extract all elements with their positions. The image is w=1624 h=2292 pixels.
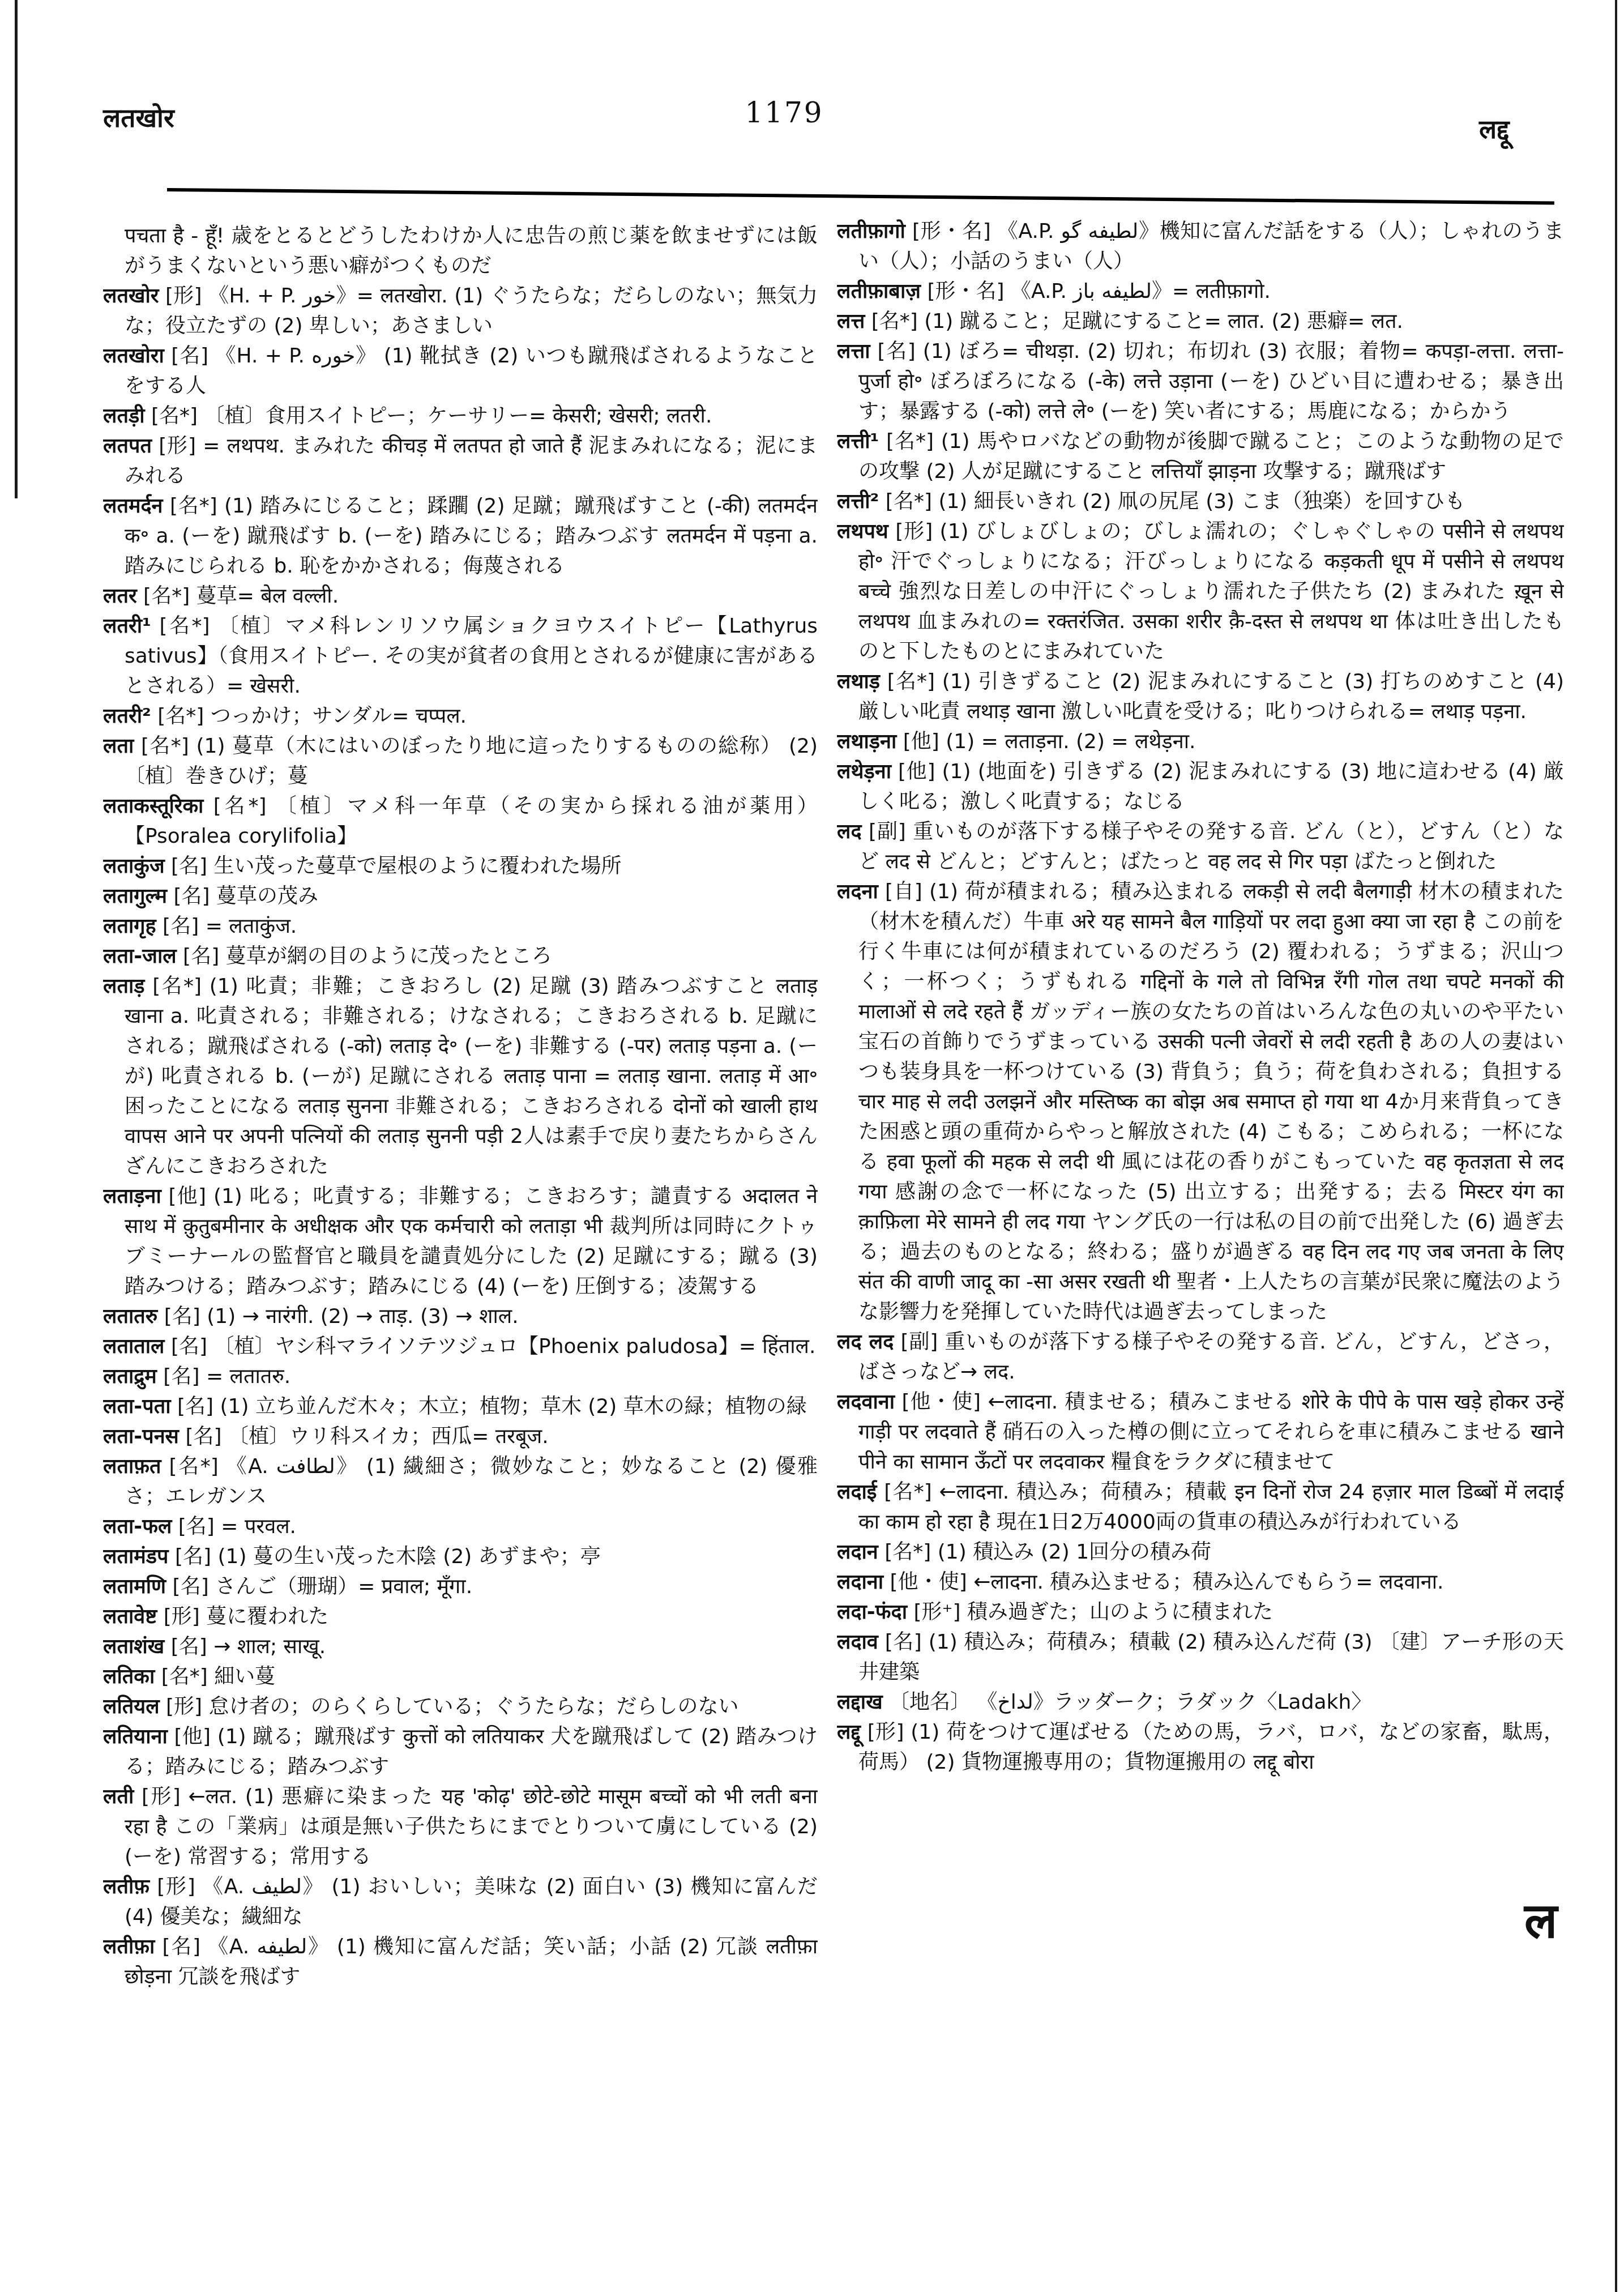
part-of-speech-tag: [名*] [137,584,190,608]
entry-body: 《H. + P. خور》= लतखोरा. (1) ぐうたらな；だらしのない；… [125,284,818,338]
headword: लदाव [837,1631,878,1654]
entry-body: 細い蔓 [208,1665,275,1688]
entry-body: (1) 蹴る；蹴飛ばす कुत्तों को लतियाकर 犬を蹴飛ばして (… [125,1725,818,1778]
dictionary-entry: लदना [自] (1) 荷が積まれる；積み込まれる लकड़ी से लदी … [837,877,1564,1327]
dictionary-entry: लद्दू [形] (1) 荷をつけて運ばせる（ための馬，ラバ，ロバ，などの家畜… [837,1717,1564,1777]
dictionary-entry: लत्ती¹ [名*] (1) 馬やロバなどの動物が後脚で蹴ること；このような動… [837,426,1564,486]
headword: लत्त [837,310,865,333]
entry-body: 蔓に覆われた [200,1605,328,1628]
part-of-speech-tag: [形] [134,1785,181,1808]
headword: लता-जाल [103,945,177,968]
entry-body: (1) 蔓草（木にはいのぼったり地に這ったりするものの総称） (2) 〔植〕巻き… [125,735,818,788]
part-of-speech-tag: [形] [160,1695,203,1718]
headword: लताफ़त [103,1455,161,1478]
headword: लथाड़ना [837,730,896,753]
dictionary-entry: लताशंख [名] → शाल; साखू. [103,1632,818,1662]
entry-body: (1) 細長いきれ (2) 凧の尻尾 (3) こま（独楽）を回すひも [932,490,1465,513]
entry-body: 《H. + P. خوره》 (1) 靴拭き (2) いつも蹴飛ばされるようなこ… [125,344,818,398]
dictionary-entry: लद [副] 重いものが落下する様子やその発する音. どん（と），どすん（と）な… [837,817,1564,877]
entry-body: पचता है - हूँ! 歳をとるとどうしたわけか人に忠告の煎じ薬を飲ませず… [125,224,818,278]
part-of-speech-tag: [名*] [879,490,932,513]
part-of-speech-tag: [形] [861,1721,904,1744]
part-of-speech-tag: [名] [171,1395,214,1418]
entry-body: (1) 引きずること (2) 泥まみれにすること (3) 打ちのめすこと (4)… [858,670,1564,723]
dictionary-entry: लद लद [副] 重いものが落下する様子やその発する音. どん，どすん，どさっ… [837,1327,1564,1387]
headword: लतावेष्ट [103,1605,157,1628]
dictionary-entry: लता-पनस [名] 〔植〕ウリ科スイカ；西瓜= तरबूज. [103,1422,818,1452]
dictionary-entry: लथाड़ना [他] (1) = लताड़ना. (2) = लथेड़ना… [837,727,1564,757]
dictionary-entry: लतामणि [名] さんご（珊瑚）= प्रवाल; मूँगा. [103,1572,818,1602]
headword: लत्ती¹ [837,430,879,453]
part-of-speech-tag: [名] [155,1935,200,1958]
part-of-speech-tag: [形] [157,1605,200,1628]
dictionary-entry: लतीफ़ [形] 《A. لطيف》 (1) おいしい；美味な (2) 面白い… [103,1872,818,1932]
headword: लताकुंज [103,855,165,878]
headword: लताशंख [103,1635,164,1658]
entry-body: (1) 蔓の生い茂った木陰 (2) あずまや；亭 [211,1545,601,1568]
dictionary-entry: लदा-फंदा [形⁺] 積み過ぎた；山のように積まれた [837,1597,1564,1627]
entry-body: (1) 立ち並んだ木々；木立；植物；草木 (2) 草木の緑；植物の緑 [213,1395,807,1418]
part-of-speech-tag: [名*] [880,670,935,693]
headword: लतागृह [103,915,156,938]
part-of-speech-tag: [他・使] [883,1570,967,1594]
entry-body: (1) ぼろ= चीथड़ा. (2) 切れ；布切れ (3) 衣服；着物= कप… [858,340,1564,423]
entry-body: = परवल. [215,1515,296,1538]
entry-body: (1) 馬やロバなどの動物が後脚で蹴ること；このような動物の足での攻撃 (2) … [858,430,1564,483]
part-of-speech-tag: [名] [169,1545,212,1568]
headword: लथपथ [837,520,888,543]
entry-body: (1) 叱責；非難；こきおろし (2) 足蹴 (3) 踏みつぶすこと लताड़… [125,975,818,1178]
entry-body: (1) = लताड़ना. (2) = लथेड़ना. [939,730,1196,753]
headword: लद्दू [837,1721,861,1744]
dictionary-entry: लदाई [名*] ←लादना. 積込み；荷積み；積載 इन दिनों रो… [837,1477,1564,1537]
entry-body: 積み過ぎた；山のように積まれた [961,1600,1273,1624]
headword: लदाई [837,1480,877,1504]
dictionary-entry: लती [形] ←लत. (1) 悪癖に染まった यह 'कोढ़' छोटे-… [103,1782,818,1872]
entry-body: (1) 荷をつけて運ばせる（ための馬，ラバ，ロバ，などの家畜，駄馬，荷馬） (2… [858,1721,1564,1774]
headword: लता-पता [103,1395,171,1418]
headword: लत्ती² [837,490,879,513]
dictionary-entry: लथपथ [形] (1) びしょびしょの；びしょ濡れの；ぐしゃぐしゃの पसीन… [837,517,1564,667]
dictionary-entry: लतरी¹ [名*] 〔植〕マメ科レンリソウ属ショクヨウスイトピー【Lathyr… [103,611,818,701]
dictionary-entry: लतातरु [名] (1) → नारंगी. (2) → ताड़. (3)… [103,1301,818,1331]
headword: लतियल [103,1695,160,1718]
part-of-speech-tag: [名] [166,1575,209,1598]
part-of-speech-tag: [形] [152,434,196,458]
entry-body: 怠け者の；のらくらしている；ぐうたらな；だらしのない [202,1695,738,1718]
dictionary-page: { "page": { "header": { "left_headword":… [0,0,1624,2292]
dictionary-entry: लतामंडप [名] (1) 蔓の生い茂った木陰 (2) あずまや；亭 [103,1542,818,1572]
entry-continuation: पचता है - हूँ! 歳をとるとどうしたわけか人に忠告の煎じ薬を飲ませず… [103,221,818,281]
part-of-speech-tag: [他・使] [895,1390,981,1414]
headword: लतरी² [103,705,151,728]
entry-body: 〔植〕食用スイトピー；ケーサリー= केसरी; खेसरी; लतरी. [198,404,712,428]
entry-body: (1) 積込み；荷積み；積載 (2) 積み込んだ荷 (3) 〔建〕アーチ形の天井… [858,1631,1564,1684]
part-of-speech-tag: [名] [172,1515,215,1538]
dictionary-entry: लतागुल्म [名] 蔓草の茂み [103,881,818,911]
headword: लतियाना [103,1725,168,1748]
headword: लताड़ [103,975,145,998]
headword: लदना [837,880,878,903]
headword: लतामंडप [103,1545,169,1568]
part-of-speech-tag: 〔地名〕 [883,1691,971,1714]
entry-body: 《A. لطيفه》 (1) 機知に富んだ話；笑い話；小話 (2) 冗談 लती… [125,1935,818,1988]
part-of-speech-tag: [名*] [161,1455,219,1478]
part-of-speech-tag: [形] [888,520,933,543]
part-of-speech-tag: [名*] [878,1540,931,1564]
headword: लताद्रुम [103,1365,157,1388]
part-of-speech-tag: [名] [167,885,210,908]
thumb-index-letter: ल [1524,1886,1557,1952]
entry-body: (1) 荷が積まれる；積み込まれる लकड़ी से लदी बैलगाड़ी … [858,880,1564,1324]
part-of-speech-tag: [名*] [865,310,918,333]
dictionary-entry: लत्ती² [名*] (1) 細長いきれ (2) 凧の尻尾 (3) こま（独楽… [837,486,1564,517]
headword: लदाना [837,1570,883,1594]
dictionary-entry: लदाव [名] (1) 積込み；荷積み；積載 (2) 積み込んだ荷 (3) 〔… [837,1627,1564,1687]
dictionary-entry: लदान [名*] (1) 積込み (2) 1回分の積み荷 [837,1537,1564,1567]
headword: लता [103,735,134,758]
entry-body: 蔓草の茂み [210,885,318,908]
entry-body: 〔植〕ウリ科スイカ；西瓜= तरबूज. [222,1425,549,1448]
part-of-speech-tag: [他] [161,1185,206,1208]
headword: लतमर्दन [103,494,163,518]
running-head-left: लतखोर [103,100,174,135]
headword: लतड़ी [103,404,145,428]
part-of-speech-tag: [名] [157,1365,200,1388]
dictionary-entry: लथाड़ [名*] (1) 引きずること (2) 泥まみれにすること (3) … [837,667,1564,727]
headword: लतीफ़ा [103,1935,155,1958]
part-of-speech-tag: [他] [891,760,935,783]
headword: लताताल [103,1335,165,1358]
entry-body: 重いものが落下する様子やその発する音. どん（と），どすん（と）など लद से… [858,820,1564,873]
entry-body: 《A.P. لطيفه باز》= लतीफ़ागो. [1004,280,1271,303]
headword: लदा-फंदा [837,1600,907,1624]
headword: लतरी¹ [103,614,151,638]
dictionary-entry: लतपत [形] = लथपथ. まみれた कीचड़ में लतपत हो … [103,431,818,491]
entry-body: → शाल; साखू. [207,1635,326,1658]
dictionary-entry: लता [名*] (1) 蔓草（木にはいのぼったり地に這ったりするものの総称） … [103,731,818,791]
headword: लतीफ़ागो [837,220,905,243]
dictionary-entry: लत्ता [名] (1) ぼろ= चीथड़ा. (2) 切れ；布切れ (3)… [837,336,1564,426]
part-of-speech-tag: [名*] [877,1480,932,1504]
dictionary-entry: लता-जाल [名] 蔓草が網の目のように茂ったところ [103,941,818,971]
dictionary-entry: लतीफ़ाबाज़ [形・名] 《A.P. لطيفه باز》= लतीफ़… [837,276,1564,306]
headword: लतातरु [103,1305,157,1328]
dictionary-entry: लतर [名*] 蔓草= बेल वल्ली. [103,581,818,611]
dictionary-entry: लतावेष्ट [形] 蔓に覆われた [103,1602,818,1632]
entry-body: 《A. لطيف》 (1) おいしい；美味な (2) 面白い (3) 機知に富ん… [125,1875,818,1928]
part-of-speech-tag: [名] [165,1335,208,1358]
part-of-speech-tag: [副] [862,820,906,843]
part-of-speech-tag: [形] [159,284,202,308]
entry-body: 蔓草が網の目のように茂ったところ [219,945,552,968]
entry-body: (1) びしょびしょの；びしょ濡れの；ぐしゃぐしゃの पसीने से लथपथ… [858,520,1564,663]
headword: लताकस्तूरिका [103,795,203,818]
part-of-speech-tag: [形] [149,1875,195,1898]
entry-body: = लथपथ. まみれた कीचड़ में लतपत हो जाते हैं … [125,434,818,488]
dictionary-entry: लताताल [名] 〔植〕ヤシ科マライソテツジュロ【Phoenix palud… [103,1331,818,1361]
dictionary-entry: लता-फल [名] = परवल. [103,1512,818,1542]
page-number: 1179 [725,96,844,129]
part-of-speech-tag: [名*] [151,614,210,638]
entry-body: (1) 踏みにじること；蹂躙 (2) 足蹴；蹴飛ばすこと (-की) लतमर्… [125,494,818,578]
dictionary-entry: लताफ़त [名*] 《A. لطافت》 (1) 繊細さ；微妙なこと；妙なる… [103,1452,818,1512]
dictionary-entry: लताकस्तूरिका [名*] 〔植〕マメ科一年草（その実から採れる油が薬用… [103,791,818,851]
headword: लतीफ़ाबाज़ [837,280,921,303]
entry-body: 〔植〕マメ科レンリソウ属ショクヨウスイトピー【Lathyrus sativus】… [125,614,818,698]
dictionary-entry: लतीफ़ागो [形・名] 《A.P. لطيفه گو》機知に富んだ話をする… [837,216,1564,276]
entry-body: (1) (地面を) 引きずる (2) 泥まみれにする (3) 地に這わせる (4… [858,760,1564,813]
dictionary-entry: लताकुंज [名] 生い茂った蔓草で屋根のように覆われた場所 [103,851,818,881]
dictionary-entry: लतीफ़ा [名] 《A. لطيفه》 (1) 機知に富んだ話；笑い話；小話… [103,1932,818,1992]
headword: लद लद [837,1330,894,1354]
scan-edge-line-left [15,0,18,498]
dictionary-entry: लता-पता [名] (1) 立ち並んだ木々；木立；植物；草木 (2) 草木の… [103,1392,818,1422]
dictionary-entry: लतिका [名*] 細い蔓 [103,1662,818,1692]
entry-body: ←लादना. 積み込ませる；積み込んでもらう= लदवाना. [967,1570,1444,1594]
headword: लती [103,1785,134,1808]
dictionary-entry: लतियाना [他] (1) 蹴る；蹴飛ばす कुत्तों को लतिया… [103,1722,818,1782]
dictionary-entry: लतड़ी [名*] 〔植〕食用スイトピー；ケーサリー= केसरी; खेसर… [103,401,818,431]
entry-body: (1) 積込み (2) 1回分の積み荷 [931,1540,1211,1564]
entry-body: 蔓草= बेल वल्ली. [190,584,339,608]
part-of-speech-tag: [副] [894,1330,938,1354]
headword: लद्दाख [837,1691,883,1714]
scan-edge-line-right [1615,0,1617,2292]
part-of-speech-tag: [名] [165,855,208,878]
part-of-speech-tag: [名*] [879,430,934,453]
entry-body: つっかけ；サンダル= चप्पल. [204,705,467,728]
entry-body: = लताकुंज. [199,915,297,938]
dictionary-entry: लताड़ना [他] (1) 叱る；叱責する；非難する；こきおろす；譴責する … [103,1181,818,1301]
entry-body: 〔植〕ヤシ科マライソテツジュロ【Phoenix paludosa】= हिंता… [207,1335,815,1358]
part-of-speech-tag: [名] [878,1631,922,1654]
part-of-speech-tag: [名*] [145,975,202,998]
entry-body: ←लादना. 積込み；荷積み；積載 इन दिनों रोज 24 हज़ार… [858,1480,1564,1534]
entry-body: さんご（珊瑚）= प्रवाल; मूँगा. [209,1575,472,1598]
dictionary-entry: लतियल [形] 怠け者の；のらくらしている；ぐうたらな；だらしのない [103,1692,818,1722]
part-of-speech-tag: [名*] [163,494,217,518]
entry-body: 《A. لطافت》 (1) 繊細さ；微妙なこと；妙なること (2) 優雅さ；エ… [125,1455,818,1508]
headword: लतखोर [103,284,159,308]
entry-body: 生い茂った蔓草で屋根のように覆われた場所 [207,855,621,878]
header-rule [167,188,1554,205]
headword: लतीफ़ [103,1875,149,1898]
part-of-speech-tag: [名*] [151,705,204,728]
headword: लदान [837,1540,878,1564]
headword: लद [837,820,862,843]
part-of-speech-tag: [名*] [155,1665,208,1688]
part-of-speech-tag: [名*] [203,795,266,818]
headword: लतखोरा [103,344,164,368]
part-of-speech-tag: [名] [164,344,208,368]
right-column: लतीफ़ागो [形・名] 《A.P. لطيفه گو》機知に富んだ話をする… [837,216,1564,2255]
entry-body: 《لداخ》ラッダーク；ラダック〈Ladakh〉 [971,1691,1371,1714]
running-head-right: लद्दू [1479,111,1509,146]
entry-body: (1) → नारंगी. (2) → ताड़. (3) → शाल. [200,1305,519,1328]
entry-body: ←लत. (1) 悪癖に染まった यह 'कोढ़' छोटे-छोटे मास… [125,1785,818,1868]
headword: लता-पनस [103,1425,179,1448]
entry-body: (1) 叱る；叱責する；非難する；こきおろす；譴責する अदालत ने साथ… [125,1185,818,1298]
entry-body: = लतातरु. [199,1365,290,1388]
part-of-speech-tag: [名] [870,340,916,363]
left-column: पचता है - हूँ! 歳をとるとどうしたわけか人に忠告の煎じ薬を飲ませず… [103,221,818,2175]
part-of-speech-tag: [自] [878,880,922,903]
dictionary-entry: लतखोरा [名] 《H. + P. خوره》 (1) 靴拭き (2) いつ… [103,341,818,401]
entry-body: (1) 蹴ること；足蹴にすること= लात. (2) 悪癖= लत. [918,310,1403,333]
part-of-speech-tag: [他] [168,1725,211,1748]
dictionary-entry: लद्दाख 〔地名〕 《لداخ》ラッダーク；ラダック〈Ladakh〉 [837,1687,1564,1717]
dictionary-entry: लदाना [他・使] ←लादना. 積み込ませる；積み込んでもらう= लदव… [837,1567,1564,1597]
dictionary-entry: लत्त [名*] (1) 蹴ること；足蹴にすること= लात. (2) 悪癖=… [837,306,1564,336]
part-of-speech-tag: [名*] [145,404,198,428]
part-of-speech-tag: [形・名] [905,220,991,243]
part-of-speech-tag: [名] [157,1305,200,1328]
part-of-speech-tag: [名] [179,1425,222,1448]
headword: लताड़ना [103,1185,161,1208]
part-of-speech-tag: [名] [164,1635,207,1658]
headword: लतामणि [103,1575,166,1598]
part-of-speech-tag: [名] [177,945,220,968]
dictionary-entry: लताड़ [名*] (1) 叱責；非難；こきおろし (2) 足蹴 (3) 踏み… [103,971,818,1181]
headword: लत्ता [837,340,870,363]
dictionary-entry: लतखोर [形] 《H. + P. خور》= लतखोरा. (1) ぐうた… [103,281,818,341]
part-of-speech-tag: [名*] [134,735,189,758]
dictionary-entry: लताद्रुम [名] = लतातरु. [103,1361,818,1392]
part-of-speech-tag: [名] [156,915,199,938]
headword: लथेड़ना [837,760,891,783]
dictionary-entry: लदवाना [他・使] ←लादना. 積ませる；積みこませる शोरे के… [837,1387,1564,1477]
headword: लतर [103,584,137,608]
headword: लतागुल्म [103,885,167,908]
dictionary-entry: लतागृह [名] = लताकुंज. [103,911,818,941]
part-of-speech-tag: [他] [896,730,939,753]
dictionary-entry: लथेड़ना [他] (1) (地面を) 引きずる (2) 泥まみれにする (… [837,757,1564,817]
headword: लतपत [103,434,152,458]
headword: लता-फल [103,1515,172,1538]
headword: लदवाना [837,1390,895,1414]
dictionary-entry: लतमर्दन [名*] (1) 踏みにじること；蹂躙 (2) 足蹴；蹴飛ばすこ… [103,491,818,581]
headword: लथाड़ [837,670,880,693]
part-of-speech-tag: [形⁺] [907,1600,961,1624]
dictionary-entry: लतरी² [名*] つっかけ；サンダル= चप्पल. [103,701,818,731]
part-of-speech-tag: [形・名] [921,280,1005,303]
entry-body: 重いものが落下する様子やその発する音. どん，どすん，どさっ，ばさっなど→ लद… [858,1330,1564,1384]
headword: लतिका [103,1665,155,1688]
